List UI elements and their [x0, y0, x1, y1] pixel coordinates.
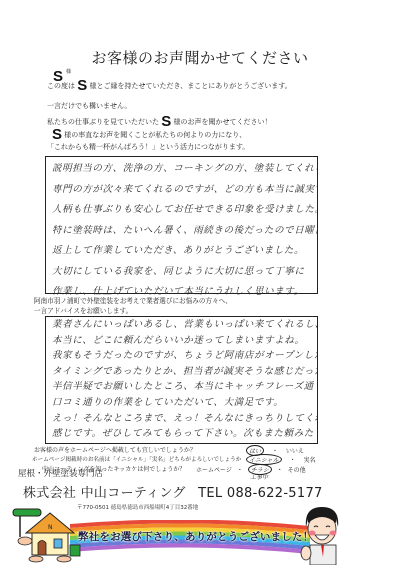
advice-line: 我家もそうだったのですが、ちょうど阿南店がオープンした [46, 348, 317, 364]
advice-line: えっ！そんなところまで、えっ！そんなにきっちりしてくれるの！という [46, 411, 317, 427]
intro-text: 様とご縁を持たせていただき、まことにありがとうございます。 [89, 82, 291, 90]
intro-text: 様の率直なお声を聞くことが私たちの何よりの力になり、 [64, 131, 246, 139]
advice-line: 業者さんにいっぱいあるし、営業もいっぱい来てくれるし、 [46, 317, 317, 333]
advice-line: 本当に、どこに頼んだらいいか迷ってしまいますよね。 [46, 333, 317, 349]
advice-line: 半信半疑でお願いしたところ、本当にキャッチフレーズ通りで [46, 379, 317, 395]
intro-line-2: 一言だけでも構いません。 [47, 101, 131, 111]
separator: ・ [237, 467, 243, 474]
advice-box: 業者さんにいっぱいあるし、営業もいっぱい来てくれるし、 本当に、どこに頼んだらい… [45, 316, 318, 444]
honorific: 様 [66, 69, 71, 75]
company-name: 株式会社 中山コーティング [23, 486, 186, 501]
testimonial-line: 人柄も仕事ぶりも安心してお任せできる印象を受けました。 [46, 200, 317, 221]
staff-character-icon [300, 505, 345, 565]
advice-line: 感じです。ぜひしてみてもらって下さい。次もまた頼みたくなります。 [46, 426, 317, 442]
testimonial-line: 特に塗装時は、たいへん暑く、雨続きの後だったので日曜日も [46, 221, 317, 242]
advice-line: 口コミ通りの作業をしていただいて、大満足です。 [46, 395, 317, 411]
testimonial-line: 専門の方が次々来てくれるのですが、どの方も本当に誠実で [46, 180, 317, 201]
intro-line-1: この度は S 様とご縁を持たせていただき、まことにありがとうございます。 [47, 77, 292, 94]
company-address: 〒770-0501 徳島県徳島市西船場町4丁目32番地 [77, 503, 198, 511]
testimonial-line: 大切にしている我家を、同じように大切に思って丁寧に [46, 262, 317, 283]
house-mascot-icon: N [8, 503, 86, 563]
intro-text: 私たちの仕事ぶりを見ていただいた [47, 118, 159, 126]
intro-line-5: 「これからも精一杯がんばろう！」という活力につながります。 [47, 142, 249, 152]
customer-initial: S [52, 126, 62, 143]
testimonial-line: 説明担当の方、洗浄の方、コーキングの方、塗装してくれる方、それぞれの [46, 159, 317, 180]
option-real-name[interactable]: 実名 [304, 457, 316, 464]
separator: ・ [277, 467, 283, 474]
survey-question-name-format: ホームページ掲載時のお名前は「イニシャル」「実名」どちらがよろしいでしょうか [32, 455, 241, 463]
testimonial-box: 説明担当の方、洗浄の方、コーキングの方、塗装してくれる方、それぞれの 専門の方が… [45, 156, 318, 294]
handwritten-note: 工事中 [250, 472, 268, 481]
survey-question-publish: お客様の声をホームページへ掲載しても宜しいでしょうか？ [34, 445, 196, 454]
option-homepage[interactable]: ホームページ [196, 467, 232, 474]
advice-prompt-line-2: 一言アドバイスをお願いします。 [34, 305, 132, 315]
intro-text: この度は [47, 82, 75, 90]
intro-line-4: S 様の率直なお声を聞くことが私たちの何よりの力になり、 [52, 126, 246, 143]
testimonial-line: 返上して作業していただき、ありがとうございました。 [46, 241, 317, 262]
option-other[interactable]: その他 [288, 467, 306, 474]
company-category: 屋根・外壁塗装専門店 [18, 467, 103, 479]
thank-you-banner: 弊社をお選び下さり、ありがとうございました！ [78, 529, 313, 544]
advice-line: タイミングであったりとか、担当者が誠実そうな感じだったので [46, 364, 317, 380]
customer-initial: S [77, 77, 87, 94]
intro-text: 様のお声を聞かせてください！ [173, 118, 271, 126]
company-line: 株式会社 中山コーティング TEL 088-622-5177 [23, 482, 323, 501]
advice-prompt-line-1: 阿南市羽ノ浦町で外壁塗装をお考えで業者選びにお悩みの方々へ、 [34, 295, 232, 305]
svg-text:N: N [48, 524, 53, 531]
separator: ・ [290, 457, 296, 464]
company-phone: TEL 088-622-5177 [198, 486, 322, 501]
